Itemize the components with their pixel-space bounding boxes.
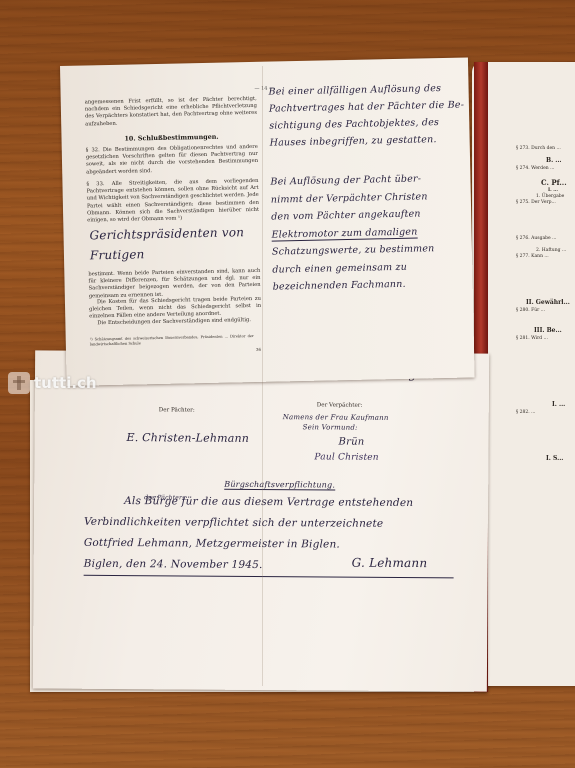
document-upper-section: — 14 — angemessenen Frist erfüllt, so is…: [60, 57, 475, 385]
tutti-logo-icon: [8, 372, 30, 394]
footnote: ¹) Schätzungsamt des schweizerischen Bau…: [90, 334, 254, 347]
paragraph-32: § 32. Die Bestimmungen des Obligationenr…: [86, 144, 259, 176]
vertical-fold-line: [262, 66, 263, 686]
handwritten-clause-1: Bei einer allfälligen Auflösung des Pach…: [268, 80, 465, 152]
tenant-label: Der Pächter:: [159, 407, 195, 414]
landlord-note: Namens der Frau Kaufmann Sein Vormund:: [283, 412, 389, 433]
paragraph-33: § 33. Alle Streitigkeiten, die aus dem v…: [86, 178, 259, 225]
handwritten-clause-2: Bei Auflösung der Pacht über- nimmt der …: [270, 170, 469, 297]
landlord-label: Der Verpächter:: [317, 402, 363, 410]
tenant-signature: E. Christen-Lehmann: [127, 431, 250, 445]
guarantee-title: Bürgschaftsverpflichtung.: [224, 480, 335, 491]
guarantor-signature: G. Lehmann: [352, 556, 428, 571]
section-heading: 10. Schlußbestimmungen.: [85, 132, 257, 144]
watermark: tutti.ch: [8, 372, 97, 394]
right-page-text: § 273. Durch den ... B. ... § 274. Werde…: [516, 146, 575, 464]
handwritten-insert: Gerichtspräsidenten von Frutigen: [89, 222, 244, 265]
intro-paragraph: angemessenen Frist erfüllt, so ist der P…: [85, 96, 258, 128]
document-lower-section: In Doppel ausgestellt und von beiden Tei…: [33, 350, 489, 691]
footnote-page: 36: [256, 346, 261, 353]
landlord-signature-1: Brün: [339, 437, 365, 448]
landlord-signature-2: Paul Christen: [314, 452, 378, 462]
